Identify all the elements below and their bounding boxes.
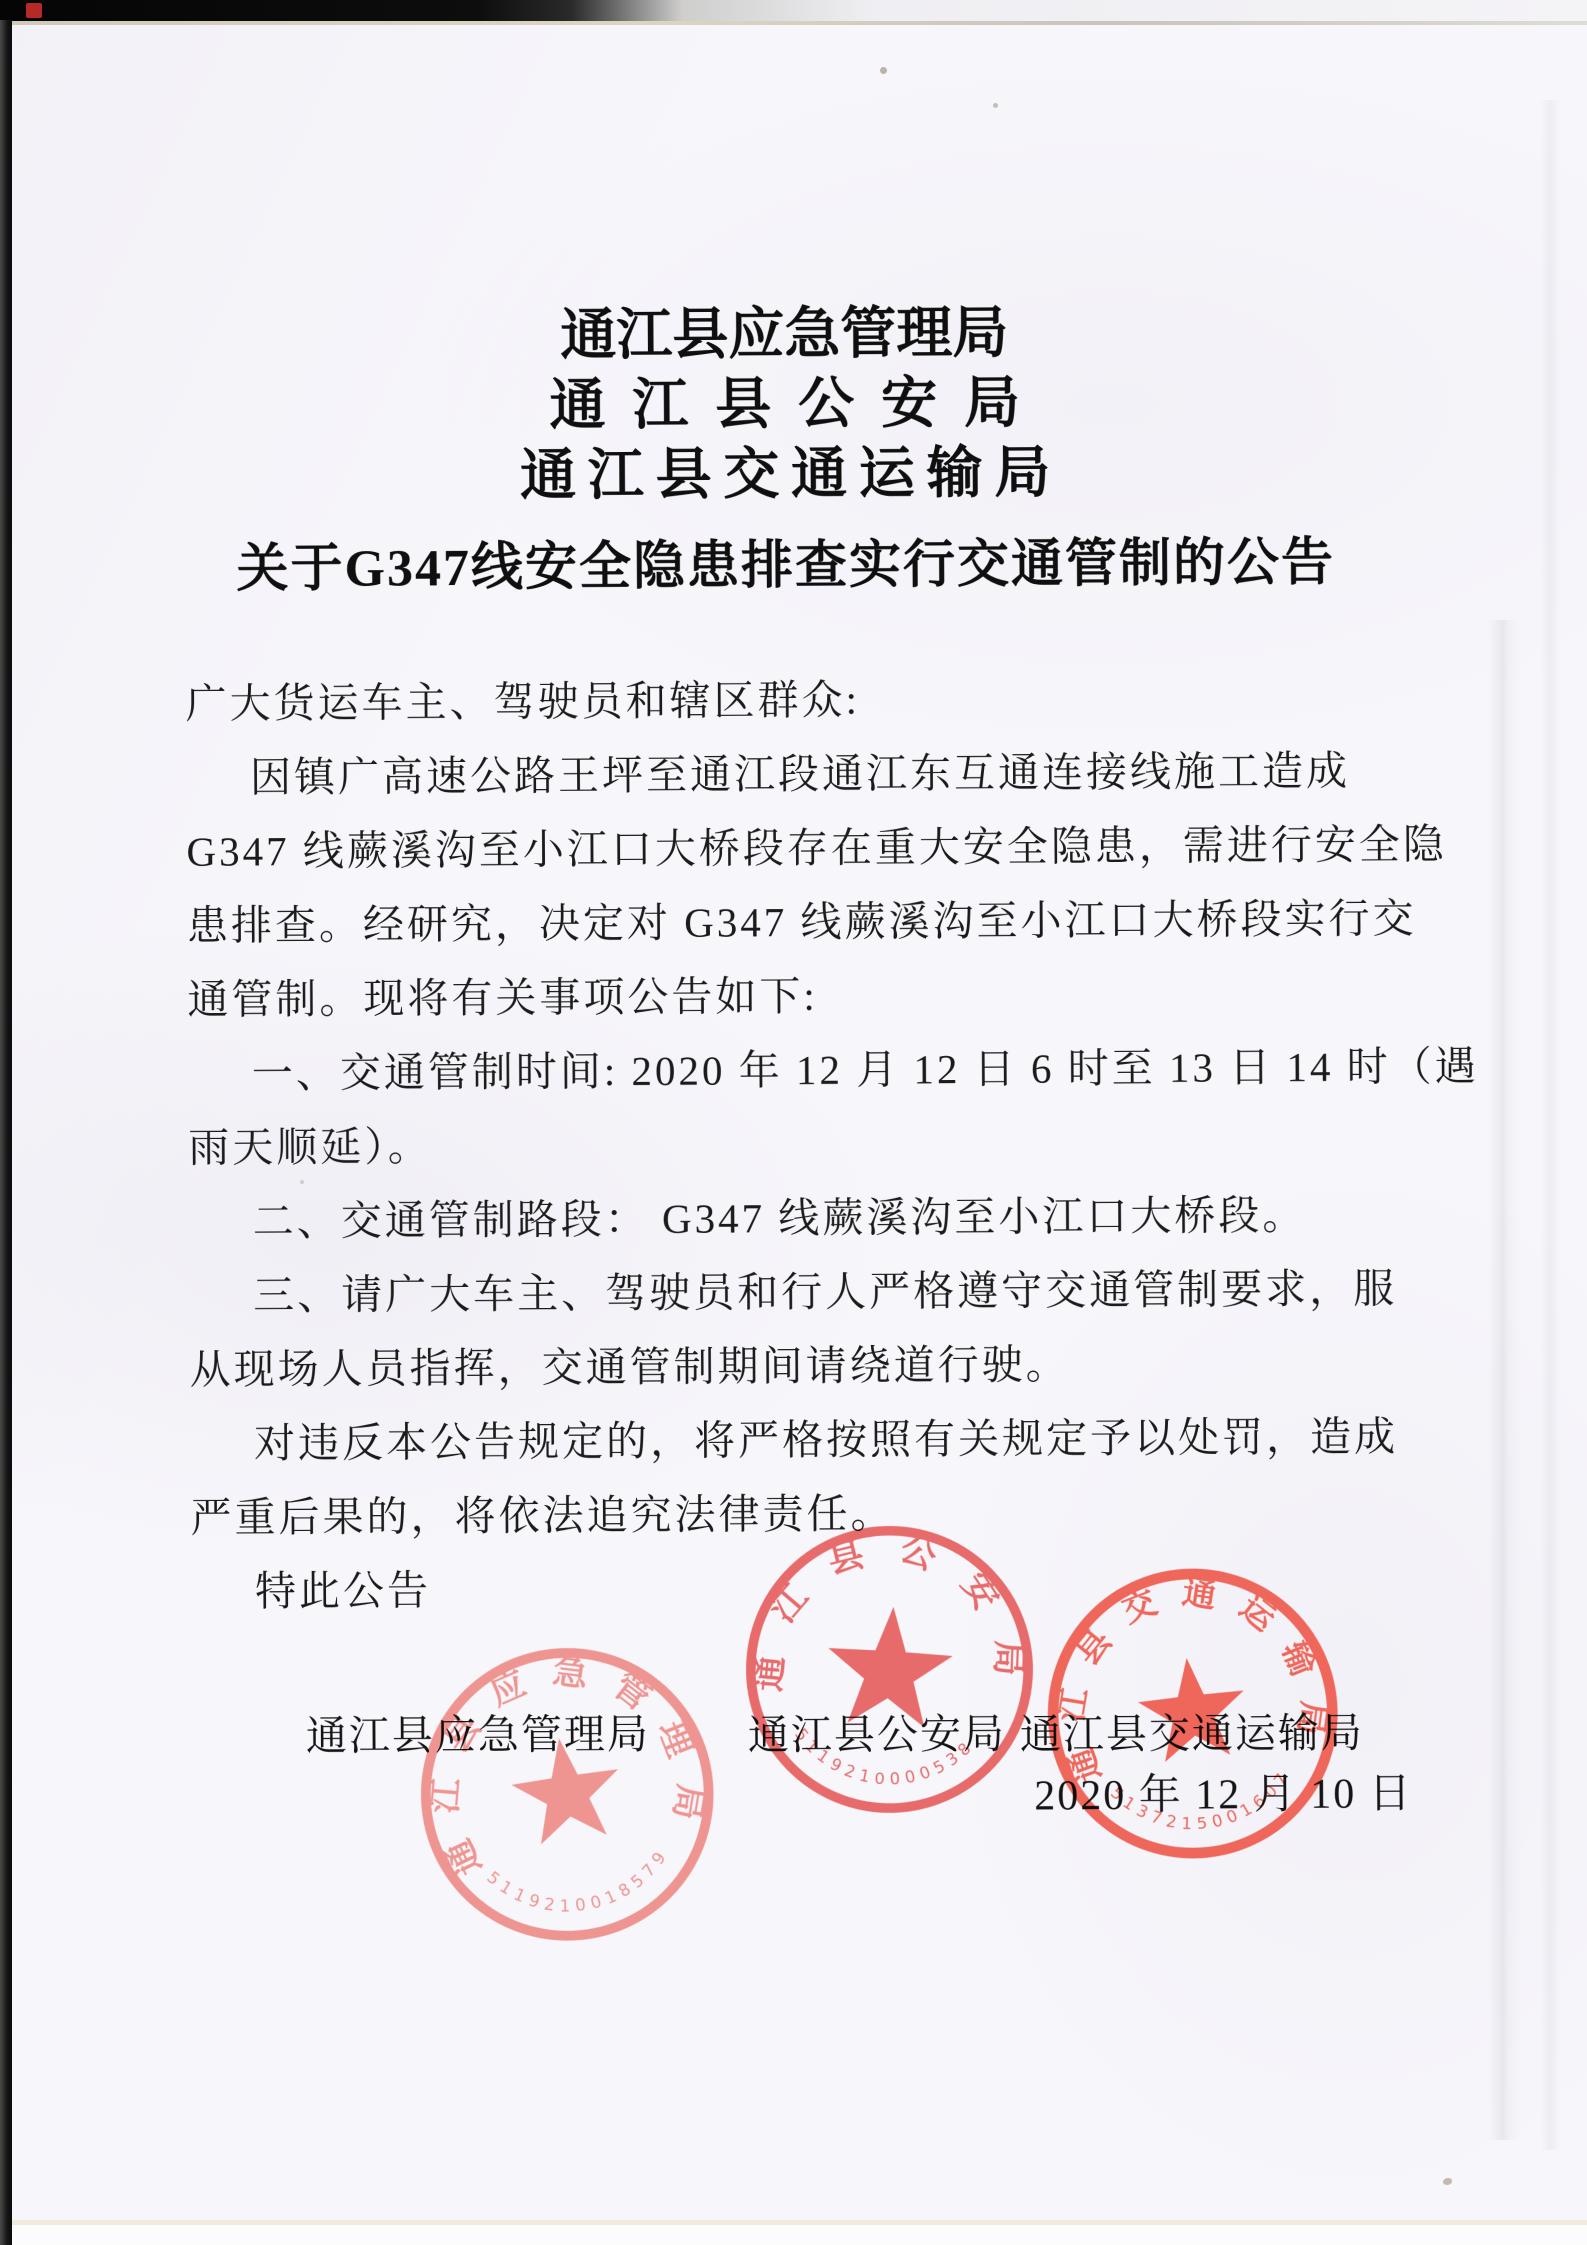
- body-line: G347 线蕨溪沟至小江口大桥段存在重大安全隐患，需进行安全隐: [186, 807, 1388, 888]
- scan-speck: [993, 103, 998, 108]
- document-body: 广大货运车主、驾驶员和辖区群众: 因镇广高速公路王坪至通江段通江东互通连接线施工…: [185, 659, 1393, 1628]
- paper-top-edge-line: [0, 21, 1587, 25]
- body-line-item-2: 二、交通管制路段： G347 线蕨溪沟至小江口大桥段。: [189, 1177, 1391, 1258]
- body-line: 患排查。经研究，决定对 G347 线蕨溪沟至小江口大桥段实行交: [187, 881, 1389, 962]
- star-icon: [506, 1731, 627, 1848]
- official-seal-emergency-bureau: 通江县应急管理局 5119210018579: [390, 1617, 744, 1971]
- title-line-agency-2: 通江县公安局: [184, 366, 1386, 443]
- body-line: 对违反本公告规定的，将严格按照有关规定予以处罚，造成: [190, 1399, 1392, 1480]
- title-line-agency-1: 通江县应急管理局: [183, 296, 1385, 373]
- body-line: 从现场人员指挥，交通管制期间请绕道行驶。: [189, 1325, 1391, 1406]
- scan-speck: [1443, 2178, 1452, 2185]
- official-seal-public-security: 通江县公安局 5119210000538: [727, 1507, 1052, 1832]
- title-line-agency-3: 通江县交通运输局: [184, 436, 1386, 513]
- star-icon: [824, 1603, 956, 1729]
- scan-red-mark: [26, 3, 42, 18]
- scan-edge-left: [0, 20, 12, 2245]
- document-title-block: 通江县应急管理局 通江县公安局 通江县交通运输局 关于G347线安全隐患排查实行…: [183, 296, 1387, 605]
- star-icon: [1134, 1652, 1251, 1764]
- body-line: 因镇广高速公路王坪至通江段通江东互通连接线施工造成: [186, 733, 1388, 814]
- body-line: 通管制。现将有关事项公告如下:: [187, 955, 1389, 1036]
- title-line-subject: 关于G347线安全隐患排查实行交通管制的公告: [185, 528, 1387, 605]
- svg-text:5119210018579: 5119210018579: [482, 1842, 680, 1928]
- body-line-item-1: 一、交通管制时间: 2020 年 12 月 12 日 6 时至 13 日 14 …: [188, 1029, 1390, 1110]
- seal-serial-number: 5119210018579: [482, 1842, 680, 1928]
- paper-fold-shadow: [1488, 620, 1522, 2140]
- scan-speck: [880, 67, 887, 74]
- body-line: 雨天顺延）。: [188, 1103, 1390, 1184]
- body-line-item-3: 三、请广大车主、驾驶员和行人严格遵守交通管制要求，服: [189, 1251, 1391, 1332]
- official-seal-transport-bureau: 通江县交通运输局 5137215001607: [1023, 1543, 1363, 1883]
- scan-edge-bottom: [12, 2225, 1587, 2245]
- salutation-line: 广大货运车主、驾驶员和辖区群众:: [185, 659, 1387, 740]
- paper-fold-shadow: [1540, 100, 1560, 2150]
- scanned-notice-page: 通江县应急管理局 通江县公安局 通江县交通运输局 关于G347线安全隐患排查实行…: [0, 0, 1587, 2245]
- scan-edge-top: [0, 0, 1587, 21]
